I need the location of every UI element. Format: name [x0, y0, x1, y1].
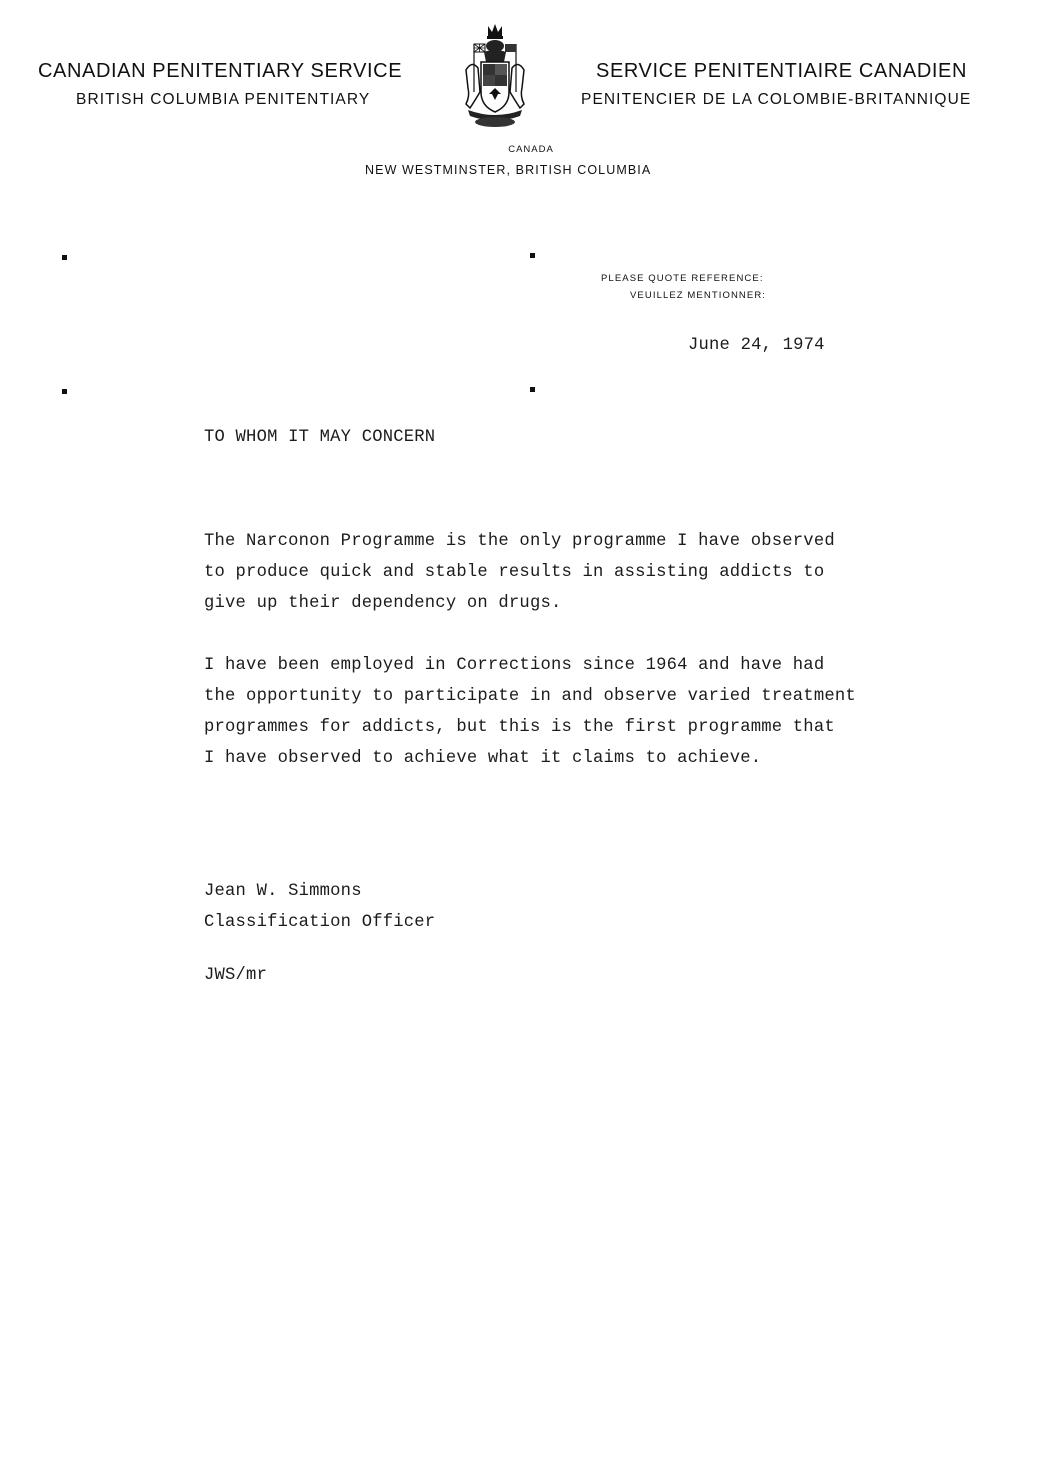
paragraph-line: I have been employed in Corrections sinc… — [204, 650, 856, 681]
country-label: CANADA — [0, 144, 1050, 155]
reference-label-french: VEUILLEZ MENTIONNER: — [630, 290, 766, 301]
institution-name-english: BRITISH COLUMBIA PENITENTIARY — [76, 91, 370, 109]
paragraph-1: The Narconon Programme is the only progr… — [204, 526, 835, 619]
city-address: NEW WESTMINSTER, BRITISH COLUMBIA — [365, 163, 651, 177]
address-window-corner-mark — [62, 389, 67, 394]
paragraph-2: I have been employed in Corrections sinc… — [204, 650, 856, 774]
paragraph-line: I have observed to achieve what it claim… — [204, 743, 856, 774]
department-name-english: CANADIAN PENITENTIARY SERVICE — [38, 60, 402, 83]
signatory-name: Jean W. Simmons — [204, 882, 362, 901]
department-name-french: SERVICE PENITENTIAIRE CANADIEN — [596, 60, 967, 83]
letter-date: June 24, 1974 — [688, 336, 825, 355]
reference-label-english: PLEASE QUOTE REFERENCE: — [601, 273, 764, 284]
address-window-corner-mark — [530, 387, 535, 392]
address-window-corner-mark — [530, 253, 535, 258]
paragraph-line: programmes for addicts, but this is the … — [204, 712, 856, 743]
typist-reference-initials: JWS/mr — [204, 966, 267, 985]
paragraph-line: the opportunity to participate in and ob… — [204, 681, 856, 712]
address-window-corner-mark — [62, 255, 67, 260]
coat-of-arms-icon — [462, 22, 528, 130]
institution-name-french: PENITENCIER DE LA COLOMBIE-BRITANNIQUE — [581, 91, 971, 109]
salutation: TO WHOM IT MAY CONCERN — [204, 428, 435, 447]
paragraph-line: The Narconon Programme is the only progr… — [204, 526, 835, 557]
signatory-title: Classification Officer — [204, 913, 435, 932]
paragraph-line: give up their dependency on drugs. — [204, 588, 835, 619]
paragraph-line: to produce quick and stable results in a… — [204, 557, 835, 588]
